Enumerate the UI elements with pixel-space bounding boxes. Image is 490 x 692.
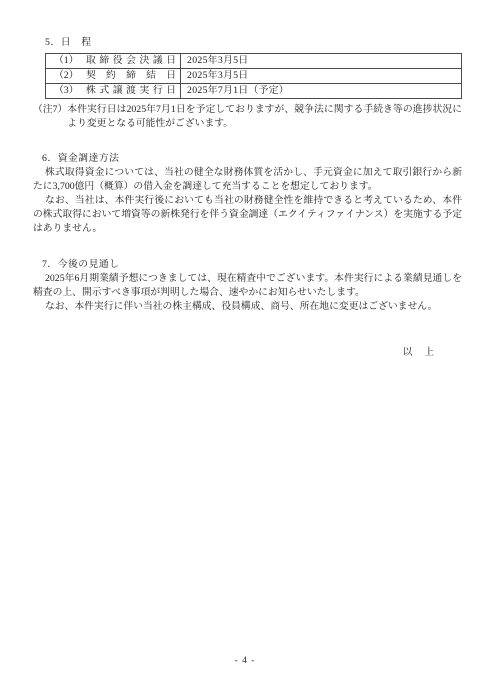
page-content: 5．日 程 （1） 取締役会決議日 2025年3月5日 （2） <box>0 0 490 360</box>
page-number: - 4 - <box>0 654 490 668</box>
row-label: 取締役会決議日 <box>86 54 176 68</box>
document-page: { "page": { "closing_label": "以 上", "foo… <box>0 0 490 692</box>
outlook-paragraph-1: 2025年6月期業績予想につきましては、現在精査中でございます。本件実行による業… <box>33 272 462 300</box>
row-number: （1） <box>54 54 84 68</box>
row-value: 2025年3月5日 <box>181 54 462 69</box>
outlook-paragraph-2: なお、本件実行に伴い当社の株主構成、役員構成、商号、所在地に変更はございません。 <box>33 300 462 314</box>
funding-paragraph-2: なお、当社は、本件実行後においても当社の財務健全性を維持できると考えているため、… <box>33 194 462 236</box>
schedule-footnote: （注7） 本件実行日は2025年7月1日を予定しておりますが、競争法に関する手続… <box>33 103 462 131</box>
row-label: 契約締結日 <box>86 69 176 83</box>
row-number: （2） <box>54 69 84 83</box>
row-value: 2025年3月5日 <box>181 69 462 84</box>
section-funding: 6．資金調達方法 株式取得資金については、当社の健全な財務体質を活かし、手元資金… <box>33 152 462 236</box>
row-label: 株式譲渡実行日 <box>86 84 176 98</box>
table-row: （1） 取締役会決議日 2025年3月5日 <box>46 54 462 69</box>
section-schedule: 5．日 程 （1） 取締役会決議日 2025年3月5日 （2） <box>33 36 462 131</box>
table-row: （2） 契約締結日 2025年3月5日 <box>46 69 462 84</box>
outlook-heading: 7．今後の見通し <box>42 258 462 272</box>
table-row: （3） 株式譲渡実行日 2025年7月1日（予定） <box>46 84 462 99</box>
funding-paragraph-1: 株式取得資金については、当社の健全な財務体質を活かし、手元資金に加えて取引銀行か… <box>33 166 462 194</box>
schedule-table: （1） 取締役会決議日 2025年3月5日 （2） 契約締結日 2025年3月5… <box>45 53 462 99</box>
schedule-heading: 5．日 程 <box>45 36 462 50</box>
row-number: （3） <box>54 84 84 98</box>
row-value: 2025年7月1日（予定） <box>181 84 462 99</box>
closing-label: 以 上 <box>33 346 435 360</box>
section-outlook: 7．今後の見通し 2025年6月期業績予想につきましては、現在精査中でございます… <box>33 258 462 314</box>
footnote-marker: （注7） <box>33 103 67 131</box>
funding-heading: 6．資金調達方法 <box>42 152 462 166</box>
footnote-text: 本件実行日は2025年7月1日を予定しておりますが、競争法に関する手続き等の進捗… <box>67 103 462 131</box>
